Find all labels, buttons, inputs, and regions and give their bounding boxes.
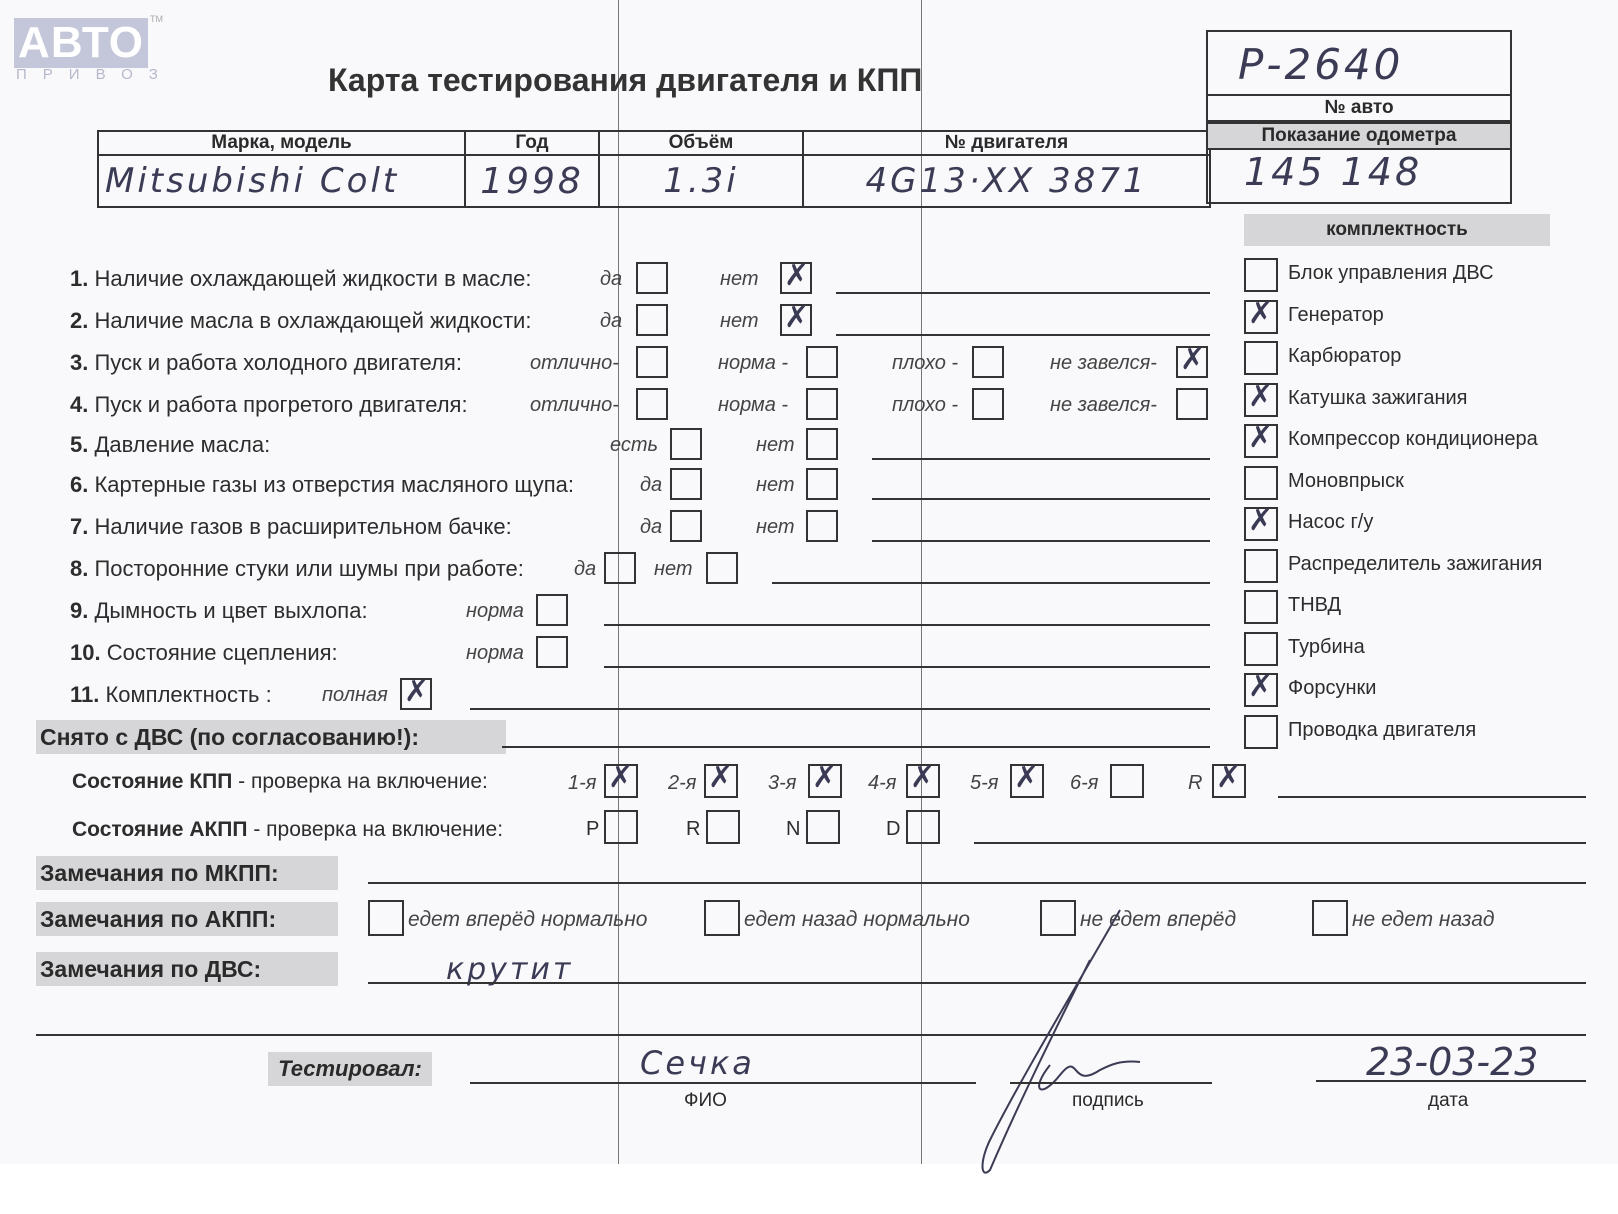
auto-gear-checkbox[interactable] [604,810,638,844]
check-item-label: 1. Наличие охлаждающей жидкости в масле: [70,266,531,292]
completeness-item-label: Распределитель зажигания [1288,553,1542,576]
auto-gearbox-line[interactable] [974,842,1586,844]
completeness-checkbox[interactable] [1244,424,1278,458]
check-notes-line[interactable] [836,334,1210,336]
check-option-box[interactable] [806,468,838,500]
completeness-title: комплектность [1244,214,1550,246]
auto-gear-label: D [886,818,900,841]
check-option-label: нет [720,310,759,333]
manual-gearbox-line[interactable] [1278,796,1586,798]
check-option-box[interactable] [670,468,702,500]
vehicle-info-table: Марка, модель Год Объём № двигателя Mits… [97,130,1211,208]
completeness-item-label: Карбюратор [1288,345,1401,368]
check-notes-line[interactable] [470,708,1210,710]
check-item-label: 11. Комплектность : [70,682,272,708]
completeness-checkbox[interactable] [1244,507,1278,541]
year-value[interactable]: 1998 [465,155,599,207]
completeness-item-label: Форсунки [1288,677,1376,700]
gear-label: R [1188,772,1202,795]
check-option-label: да [640,516,662,539]
completeness-checkbox[interactable] [1244,300,1278,334]
check-option-box[interactable] [400,678,432,710]
col-header-engine-number: № двигателя [803,131,1210,155]
check-option-label: отлично- [530,352,619,375]
mkpp-remarks-label: Замечания по МКПП: [36,856,338,890]
check-item-number: 3. [70,350,94,375]
akpp-remarks-label: Замечания по АКПП: [36,902,338,936]
check-option-box[interactable] [780,262,812,294]
check-item-text: Картерные газы из отверстия масляного щу… [94,472,574,497]
check-option-box[interactable] [636,388,668,420]
gear-checkbox[interactable] [808,764,842,798]
akpp-remark-checkbox[interactable] [704,900,740,936]
check-option-label: полная [322,684,388,707]
check-item-text: Пуск и работа холодного двигателя: [94,350,461,375]
col-header-make-model: Марка, модель [98,131,465,155]
check-item-text: Посторонние стуки или шумы при работе: [94,556,523,581]
completeness-item-label: Проводка двигателя [1288,719,1476,742]
check-item-text: Состояние сцепления: [107,640,338,665]
completeness-checkbox[interactable] [1244,383,1278,417]
auto-gear-label: R [686,818,700,841]
check-item-text: Наличие газов в расширительном бачке: [94,514,511,539]
check-item-text: Наличие масла в охлаждающей жидкости: [94,308,531,333]
check-option-box[interactable] [806,510,838,542]
check-item-label: 7. Наличие газов в расширительном бачке: [70,514,512,540]
akpp-remark-checkbox[interactable] [1312,900,1348,936]
date-value[interactable]: 23-03-23 [1366,1040,1538,1084]
completeness-checkbox[interactable] [1244,258,1278,292]
completeness-checkbox[interactable] [1244,466,1278,500]
signature-line[interactable] [1010,1082,1212,1084]
auto-gear-checkbox[interactable] [706,810,740,844]
completeness-item-label: Турбина [1288,636,1365,659]
check-option-box[interactable] [670,428,702,460]
completeness-checkbox[interactable] [1244,632,1278,666]
gear-label: 6-я [1070,772,1098,795]
check-item-number: 7. [70,514,94,539]
check-notes-line[interactable] [772,582,1210,584]
date-caption: дата [1428,1090,1468,1112]
check-option-label: плохо - [892,394,958,417]
akpp-remark-label: едет назад нормально [744,908,970,932]
check-option-box[interactable] [636,262,668,294]
check-item-label: 9. Дымность и цвет выхлопа: [70,598,368,624]
tester-name-line[interactable] [470,1082,976,1084]
completeness-checkbox[interactable] [1244,715,1278,749]
check-option-label: да [574,558,596,581]
tested-by-label: Тестировал: [268,1052,432,1086]
logo-subtitle: ПРИВОЗ [16,66,174,83]
check-option-label: норма - [718,394,788,417]
check-item-label: 2. Наличие масла в охлаждающей жидкости: [70,308,531,334]
completeness-item-label: Насос г/у [1288,511,1373,534]
auto-gearbox-label: Состояние АКПП - проверка на включение: [72,818,503,842]
completeness-item-label: Моновпрыск [1288,470,1404,493]
check-option-box[interactable] [604,552,636,584]
check-item-label: 4. Пуск и работа прогретого двигателя: [70,392,468,418]
completeness-item-label: Компрессор кондиционера [1288,428,1538,451]
car-number-box: Р-2640 [1206,30,1512,96]
gear-checkbox[interactable] [604,764,638,798]
car-number-value[interactable]: Р-2640 [1238,40,1403,89]
akpp-remark-label: не едет назад [1352,908,1494,932]
gear-checkbox[interactable] [906,764,940,798]
gear-label: 3-я [768,772,796,795]
check-notes-line[interactable] [604,666,1210,668]
engine-remarks-label: Замечания по ДВС: [36,952,338,986]
date-line[interactable] [1316,1080,1586,1082]
gear-label: 5-я [970,772,998,795]
removed-from-engine-label: Снято с ДВС (по согласованию!): [36,720,506,754]
check-option-box[interactable] [670,510,702,542]
gear-checkbox[interactable] [1212,764,1246,798]
check-option-label: нет [756,474,795,497]
manual-gearbox-label: Состояние КПП - проверка на включение: [72,770,488,794]
form-title: Карта тестирования двигателя и КПП [328,62,922,99]
check-item-number: 8. [70,556,94,581]
gear-label: 2-я [668,772,696,795]
gear-checkbox[interactable] [1010,764,1044,798]
auto-gear-checkbox[interactable] [906,810,940,844]
trademark-mark: TM [150,14,163,24]
check-option-label: да [600,310,622,333]
check-option-box[interactable] [636,304,668,336]
check-item-number: 6. [70,472,94,497]
check-option-label: нет [720,268,759,291]
check-option-label: плохо - [892,352,958,375]
check-option-label: есть [610,434,658,457]
make-model-value[interactable]: Mitsubishi Colt [98,155,465,207]
completeness-checkbox[interactable] [1244,549,1278,583]
auto-gear-checkbox[interactable] [806,810,840,844]
check-option-box[interactable] [1176,346,1208,378]
check-notes-line[interactable] [872,498,1210,500]
avtoprivoz-logo: АВТО [14,18,148,68]
gear-checkbox[interactable] [1110,764,1144,798]
completeness-checkbox[interactable] [1244,673,1278,707]
gear-label: 1-я [568,772,596,795]
engine-remarks-line-2[interactable] [36,1034,1586,1036]
check-option-box[interactable] [780,304,812,336]
volume-value[interactable]: 1.3i [599,155,803,207]
completeness-checkbox[interactable] [1244,341,1278,375]
check-option-label: да [600,268,622,291]
check-option-box[interactable] [806,346,838,378]
check-item-number: 9. [70,598,94,623]
car-number-label: № авто [1206,94,1512,122]
col-header-volume: Объём [599,131,803,155]
check-item-label: 6. Картерные газы из отверстия масляного… [70,472,574,498]
check-item-text: Комплектность : [105,682,271,707]
check-option-label: нет [756,516,795,539]
check-item-number: 5. [70,432,94,457]
check-notes-line[interactable] [872,458,1210,460]
engine-number-value[interactable]: 4G13·XX 3871 [803,155,1210,207]
signature-caption: подпись [1072,1090,1144,1112]
check-option-label: не завелся- [1050,394,1157,417]
tester-name-value[interactable]: Сечка [640,1044,755,1082]
signature-icon[interactable] [960,900,1200,1180]
check-item-number: 10. [70,640,107,665]
check-item-label: 8. Посторонние стуки или шумы при работе… [70,556,524,582]
removed-from-engine-line[interactable] [502,746,1210,748]
check-option-box[interactable] [536,636,568,668]
check-notes-line[interactable] [836,292,1210,294]
completeness-item-label: ТНВД [1288,594,1341,617]
check-option-label: да [640,474,662,497]
odometer-label: Показание одометра [1206,122,1512,150]
check-item-number: 11. [70,682,105,707]
check-option-label: не завелся- [1050,352,1157,375]
check-option-box[interactable] [972,388,1004,420]
completeness-item-label: Катушка зажигания [1288,387,1468,410]
check-option-label: нет [654,558,693,581]
check-option-box[interactable] [536,594,568,626]
gear-label: 4-я [868,772,896,795]
check-option-label: отлично- [530,394,619,417]
gear-checkbox[interactable] [704,764,738,798]
check-option-label: норма [466,642,524,665]
check-option-box[interactable] [806,428,838,460]
check-notes-line[interactable] [872,540,1210,542]
check-option-box[interactable] [1176,388,1208,420]
check-option-box[interactable] [636,346,668,378]
completeness-item-label: Блок управления ДВС [1288,262,1494,285]
check-option-box[interactable] [706,552,738,584]
check-item-text: Пуск и работа прогретого двигателя: [94,392,467,417]
check-item-number: 4. [70,392,94,417]
check-item-text: Наличие охлаждающей жидкости в масле: [94,266,531,291]
check-option-box[interactable] [806,388,838,420]
check-item-number: 2. [70,308,94,333]
odometer-value[interactable]: 145 148 [1206,150,1512,204]
check-item-number: 1. [70,266,94,291]
check-item-label: 5. Давление масла: [70,432,270,458]
col-header-year: Год [465,131,599,155]
akpp-remark-checkbox[interactable] [368,900,404,936]
name-caption: ФИО [684,1090,727,1112]
check-item-text: Дымность и цвет выхлопа: [94,598,367,623]
auto-gear-label: P [586,818,599,841]
completeness-checkbox[interactable] [1244,590,1278,624]
mkpp-remarks-line[interactable] [368,882,1586,884]
check-option-label: норма [466,600,524,623]
check-item-label: 3. Пуск и работа холодного двигателя: [70,350,462,376]
akpp-remark-label: едет вперёд нормально [408,908,647,932]
check-option-box[interactable] [972,346,1004,378]
completeness-item-label: Генератор [1288,304,1384,327]
check-notes-line[interactable] [604,624,1210,626]
check-item-text: Давление масла: [94,432,270,457]
check-option-label: норма - [718,352,788,375]
auto-gear-label: N [786,818,800,841]
check-option-label: нет [756,434,795,457]
check-item-label: 10. Состояние сцепления: [70,640,338,666]
